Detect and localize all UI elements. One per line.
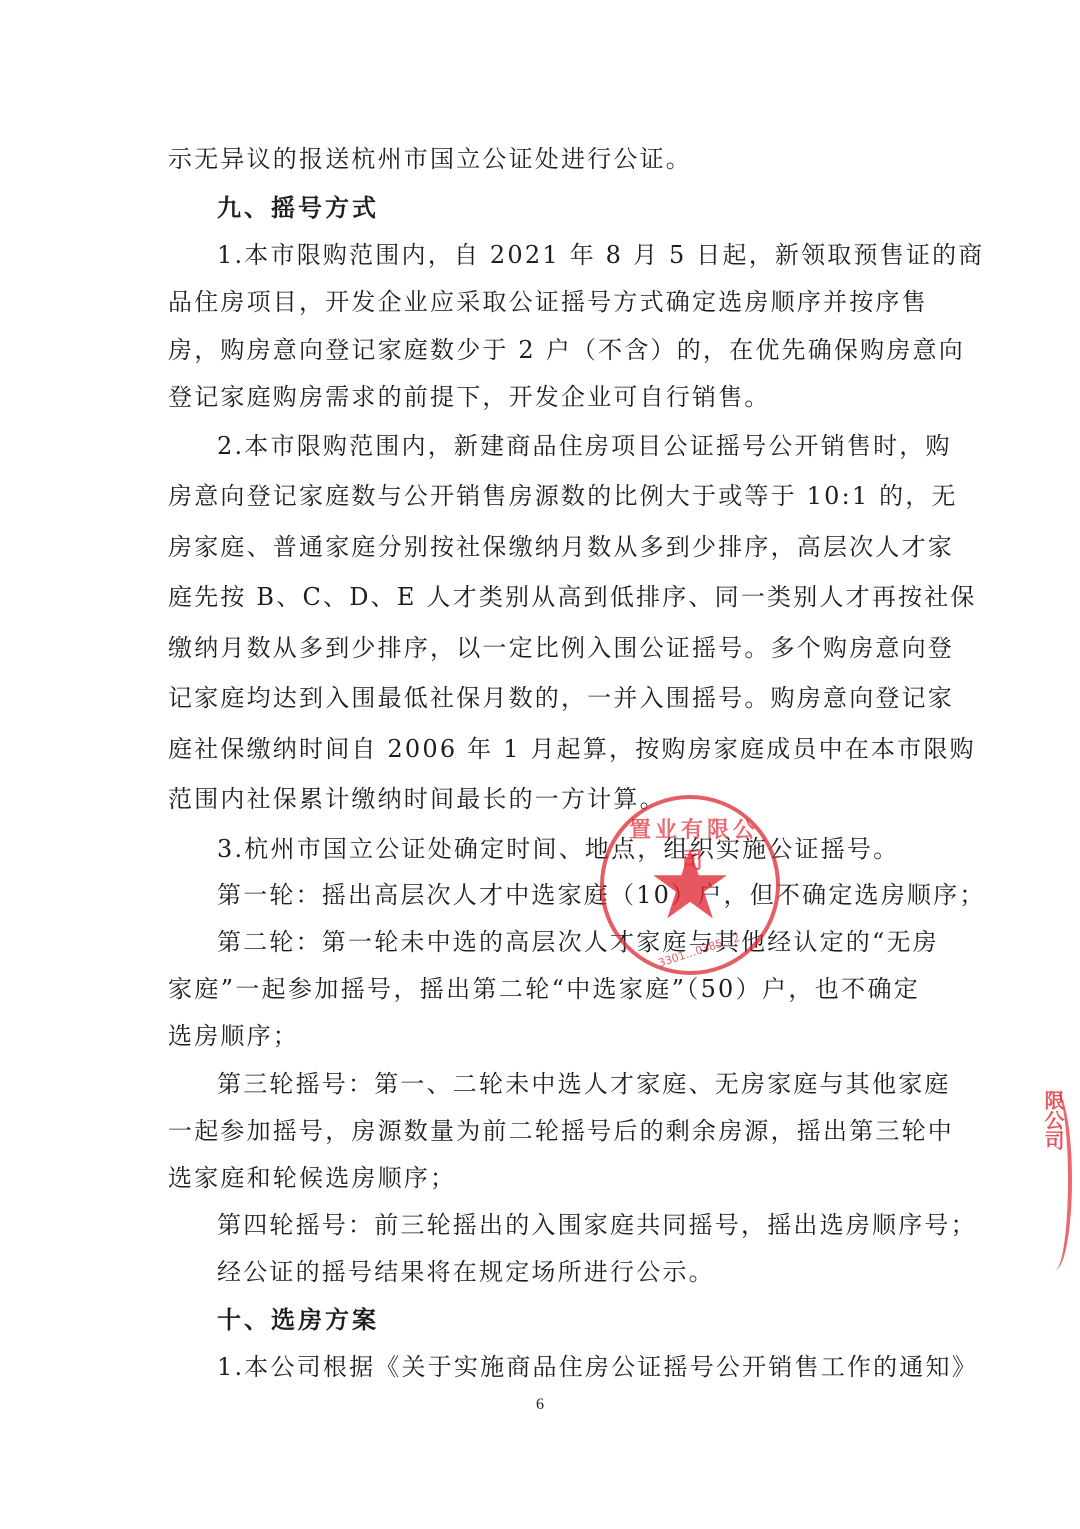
text-line: 第四轮摇号：前三轮摇出的入围家庭共同摇号，摇出选房顺序号； [217, 1210, 920, 1240]
text-line: 1.本公司根据《关于实施商品住房公证摇号公开销售工作的通知》 [217, 1352, 920, 1382]
document-page: 示无异议的报送杭州市国立公证处进行公证。九、摇号方式1.本市限购范围内，自 20… [0, 0, 1080, 1529]
text-line: 第二轮：第一轮未中选的高层次人才家庭与其他经认定的“无房 [217, 927, 920, 957]
text-line: 品住房项目，开发企业应采取公证摇号方式确定选房顺序并按序售 [168, 287, 920, 317]
text-line: 选家庭和轮候选房顺序； [168, 1163, 920, 1193]
text-line: 经公证的摇号结果将在规定场所进行公示。 [217, 1257, 969, 1287]
text-line: 1.本市限购范围内，自 2021 年 8 月 5 日起，新领取预售证的商 [217, 240, 920, 270]
text-line: 房家庭、普通家庭分别按社保缴纳月数从多到少排序，高层次人才家 [168, 532, 920, 562]
page-number: 6 [0, 1396, 1080, 1414]
text-line: 第一轮：摇出高层次人才中选家庭（10）户，但不确定选房顺序； [217, 880, 920, 910]
edge-seal: 限公司 [1038, 1090, 1072, 1270]
text-line: 选房顺序； [168, 1021, 920, 1051]
text-line: 庭先按 B、C、D、E 人才类别从高到低排序、同一类别人才再按社保 [168, 582, 920, 612]
text-line: 一起参加摇号，房源数量为前二轮摇号后的剩余房源，摇出第三轮中 [168, 1116, 920, 1146]
text-line: 庭社保缴纳时间自 2006 年 1 月起算，按购房家庭成员中在本市限购 [168, 734, 920, 764]
text-line: 3.杭州市国立公证处确定时间、地点，组织实施公证摇号。 [217, 834, 969, 864]
text-line: 房意向登记家庭数与公开销售房源数的比例大于或等于 10:1 的，无 [168, 481, 920, 511]
text-line: 第三轮摇号：第一、二轮未中选人才家庭、无房家庭与其他家庭 [217, 1069, 920, 1099]
text-line: 家庭”一起参加摇号，摇出第二轮“中选家庭”（50）户，也不确定 [168, 974, 920, 1004]
text-line: 缴纳月数从多到少排序，以一定比例入围公证摇号。多个购房意向登 [168, 633, 920, 663]
text-line: 记家庭均达到入围最低社保月数的，一并入围摇号。购房意向登记家 [168, 683, 920, 713]
section-heading: 十、选房方案 [217, 1305, 969, 1335]
text-line: 2.本市限购范围内，新建商品住房项目公证摇号公开销售时，购 [217, 431, 920, 461]
section-heading: 九、摇号方式 [217, 193, 969, 223]
text-line: 登记家庭购房需求的前提下，开发企业可自行销售。 [168, 382, 920, 412]
text-line: 房，购房意向登记家庭数少于 2 户（不含）的，在优先确保购房意向 [168, 335, 920, 365]
text-line: 范围内社保累计缴纳时间最长的一方计算。 [168, 784, 920, 814]
text-line: 示无异议的报送杭州市国立公证处进行公证。 [168, 144, 920, 174]
